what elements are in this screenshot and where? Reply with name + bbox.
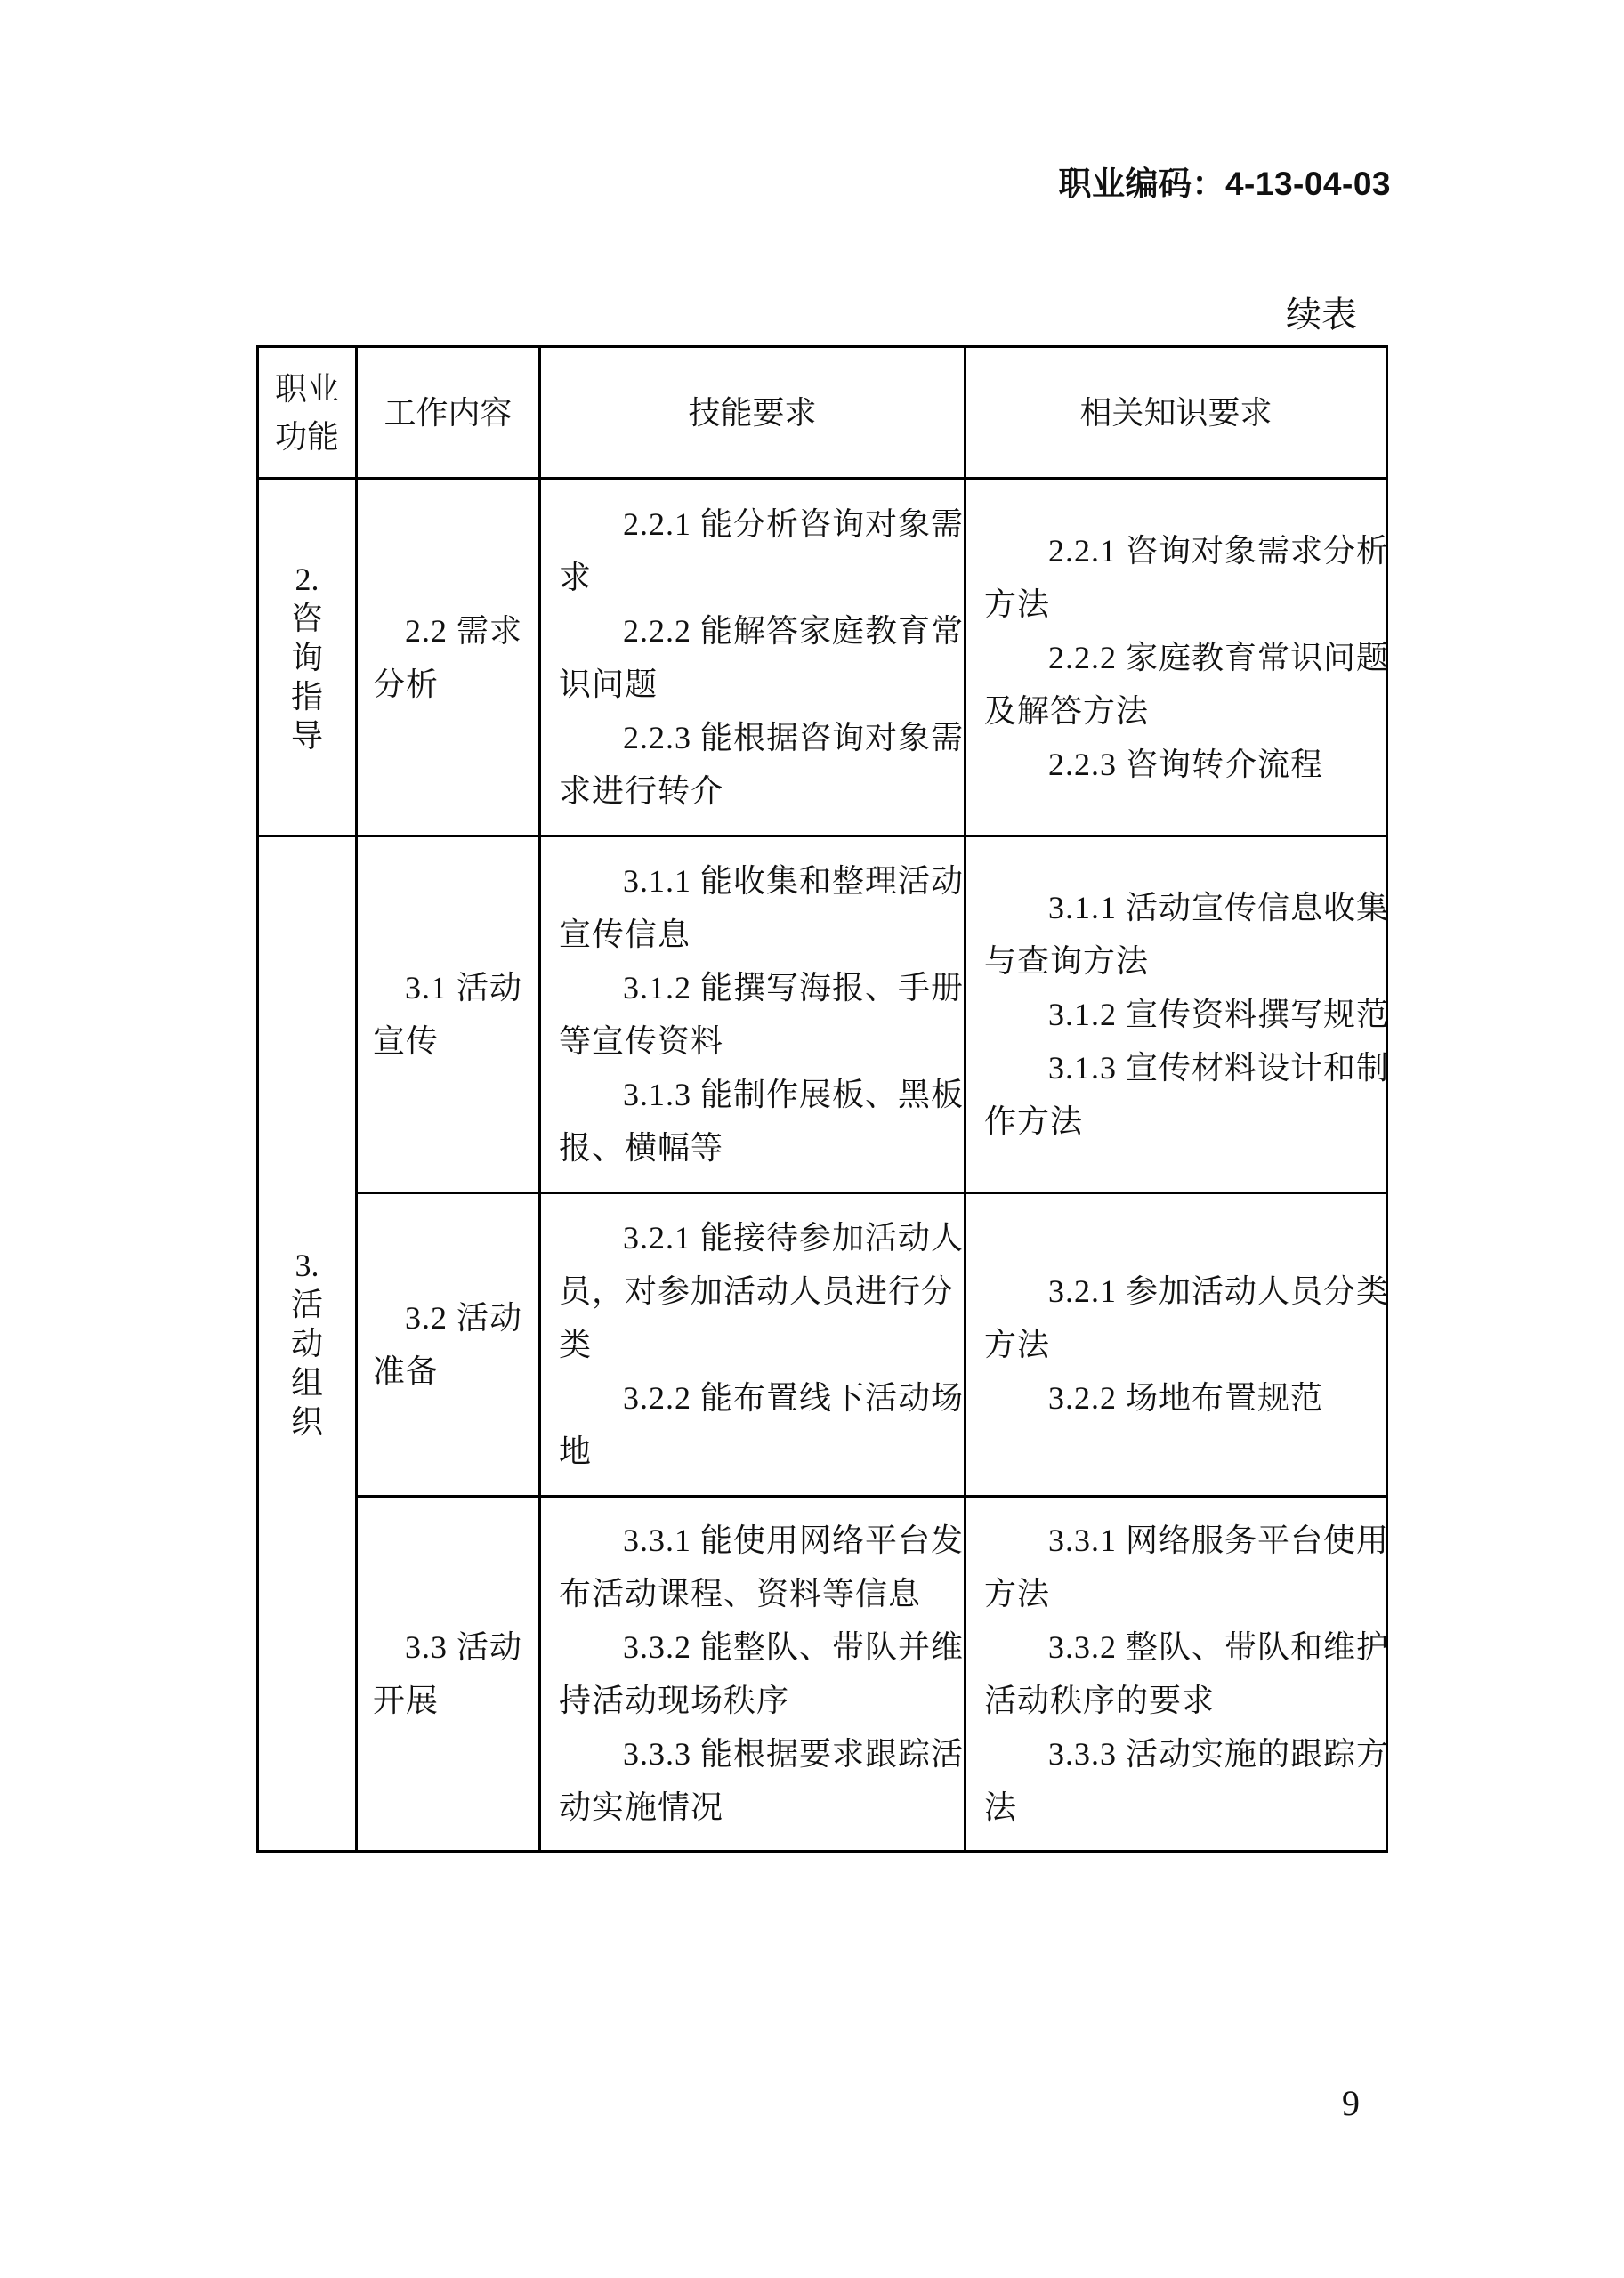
- knowledge-line: 3.3.2 整队、带队和维护: [984, 1620, 1386, 1674]
- function-char: 组: [291, 1363, 323, 1402]
- skill-line: 求: [559, 551, 964, 604]
- skill-line: 求进行转介: [559, 764, 964, 818]
- skill-line: 持活动现场秩序: [559, 1674, 964, 1727]
- function-activity-organization: 3. 活 动 组 织: [259, 837, 355, 1850]
- skills-3-3: 3.3.1 能使用网络平台发 布活动课程、资料等信息 3.3.2 能整队、带队并…: [559, 1498, 964, 1850]
- skill-line: 3.3.1 能使用网络平台发: [559, 1514, 964, 1567]
- knowledge-line: 活动秩序的要求: [984, 1674, 1386, 1727]
- skill-line: 3.1.3 能制作展板、黑板: [559, 1068, 964, 1121]
- knowledge-line: 与查询方法: [984, 934, 1386, 988]
- knowledge-line: 方法: [984, 1567, 1386, 1620]
- skill-line: 3.2.2 能布置线下活动场: [559, 1371, 964, 1425]
- skill-line: 识问题: [559, 658, 964, 711]
- function-char: 3.: [295, 1246, 319, 1285]
- skill-line: 3.3.2 能整队、带队并维: [559, 1620, 964, 1674]
- skill-line: 动实施情况: [559, 1781, 964, 1834]
- header-skill-requirements: 技能要求: [541, 348, 964, 477]
- knowledge-line: 作方法: [984, 1095, 1386, 1148]
- work-content-line: 分析: [373, 658, 538, 711]
- knowledge-line: 3.2.2 场地布置规范: [984, 1371, 1386, 1425]
- competency-table: 职业 功能 工作内容 技能要求 相关知识要求 2. 咨 询 指 导 2.2 需求…: [256, 345, 1388, 1853]
- knowledge-2-2: 2.2.1 咨询对象需求分析 方法 2.2.2 家庭教育常识问题 及解答方法 2…: [984, 480, 1386, 835]
- header-function-line: 功能: [275, 413, 339, 461]
- knowledge-line: 3.1.2 宣传资料撰写规范: [984, 988, 1386, 1041]
- knowledge-line: 3.1.3 宣传材料设计和制: [984, 1041, 1386, 1095]
- work-content-2-2: 2.2 需求 分析: [373, 480, 538, 835]
- knowledge-line: 2.2.3 咨询转介流程: [984, 738, 1386, 791]
- work-content-3-1: 3.1 活动 宣传: [373, 837, 538, 1192]
- knowledge-line: 方法: [984, 578, 1386, 631]
- function-char: 导: [291, 716, 323, 755]
- skills-3-1: 3.1.1 能收集和整理活动 宣传信息 3.1.2 能撰写海报、手册 等宣传资料…: [559, 837, 964, 1192]
- column-divider: [538, 348, 541, 1850]
- function-char: 2.: [295, 560, 319, 599]
- knowledge-line: 2.2.1 咨询对象需求分析: [984, 524, 1386, 578]
- occupation-code: 职业编码：4-13-04-03: [1035, 157, 1391, 205]
- function-consulting-guidance: 2. 咨 询 指 导: [259, 480, 355, 835]
- skill-line: 2.2.3 能根据咨询对象需: [559, 711, 964, 764]
- header-function: 职业 功能: [259, 348, 355, 477]
- header-work-content: 工作内容: [358, 348, 538, 477]
- skill-line: 布活动课程、资料等信息: [559, 1567, 964, 1620]
- work-content-3-3: 3.3 活动 开展: [373, 1498, 538, 1850]
- continued-table-label: 续表: [1273, 287, 1357, 337]
- work-content-line: 准备: [373, 1345, 538, 1398]
- work-content-line: 3.1 活动: [373, 961, 538, 1014]
- knowledge-line: 3.2.1 参加活动人员分类: [984, 1264, 1386, 1318]
- work-content-line: 3.3 活动: [373, 1620, 538, 1674]
- header-knowledge-requirements: 相关知识要求: [966, 348, 1386, 477]
- function-char: 织: [291, 1402, 323, 1442]
- knowledge-line: 法: [984, 1781, 1386, 1834]
- knowledge-line: 3.1.1 活动宣传信息收集: [984, 881, 1386, 934]
- column-divider: [355, 348, 358, 1850]
- skill-line: 宣传信息: [559, 908, 964, 961]
- skill-line: 2.2.2 能解答家庭教育常: [559, 604, 964, 658]
- work-content-line: 2.2 需求: [373, 604, 538, 658]
- knowledge-3-2: 3.2.1 参加活动人员分类 方法 3.2.2 场地布置规范: [984, 1194, 1386, 1495]
- skill-line: 3.3.3 能根据要求跟踪活: [559, 1727, 964, 1781]
- skill-line: 类: [559, 1318, 964, 1371]
- function-char: 活: [291, 1285, 323, 1324]
- skill-line: 3.1.2 能撰写海报、手册: [559, 961, 964, 1014]
- skills-3-2: 3.2.1 能接待参加活动人 员，对参加活动人员进行分 类 3.2.2 能布置线…: [559, 1194, 964, 1495]
- work-content-line: 3.2 活动: [373, 1291, 538, 1345]
- function-char: 动: [291, 1324, 323, 1363]
- knowledge-3-3: 3.3.1 网络服务平台使用 方法 3.3.2 整队、带队和维护 活动秩序的要求…: [984, 1498, 1386, 1850]
- knowledge-line: 方法: [984, 1318, 1386, 1371]
- header-function-line: 职业: [275, 365, 339, 413]
- skill-line: 等宣传资料: [559, 1014, 964, 1068]
- knowledge-line: 3.3.1 网络服务平台使用: [984, 1514, 1386, 1567]
- work-content-3-2: 3.2 活动 准备: [373, 1194, 538, 1495]
- column-divider: [964, 348, 966, 1850]
- function-char: 询: [291, 638, 323, 677]
- skill-line: 员，对参加活动人员进行分: [559, 1264, 964, 1318]
- skills-2-2: 2.2.1 能分析咨询对象需 求 2.2.2 能解答家庭教育常 识问题 2.2.…: [559, 480, 964, 835]
- skill-line: 3.2.1 能接待参加活动人: [559, 1211, 964, 1264]
- page-number: 9: [1342, 2082, 1360, 2124]
- function-char: 咨: [291, 599, 323, 638]
- knowledge-line: 2.2.2 家庭教育常识问题: [984, 631, 1386, 684]
- knowledge-line: 及解答方法: [984, 684, 1386, 738]
- skill-line: 报、横幅等: [559, 1121, 964, 1175]
- knowledge-line: 3.3.3 活动实施的跟踪方: [984, 1727, 1386, 1781]
- skill-line: 地: [559, 1425, 964, 1478]
- work-content-line: 开展: [373, 1674, 538, 1727]
- skill-line: 2.2.1 能分析咨询对象需: [559, 497, 964, 551]
- function-char: 指: [291, 677, 323, 716]
- work-content-line: 宣传: [373, 1014, 538, 1068]
- knowledge-3-1: 3.1.1 活动宣传信息收集 与查询方法 3.1.2 宣传资料撰写规范 3.1.…: [984, 837, 1386, 1192]
- skill-line: 3.1.1 能收集和整理活动: [559, 854, 964, 908]
